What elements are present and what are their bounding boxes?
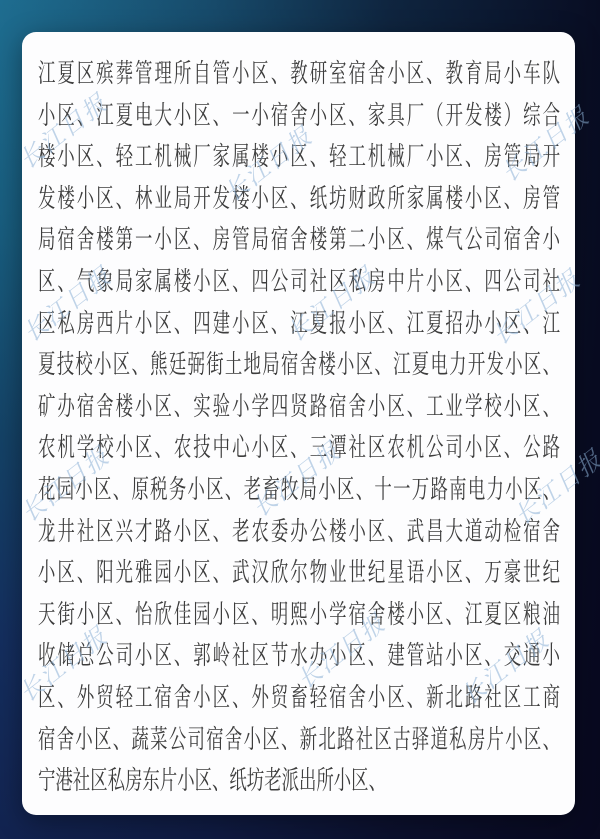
text-line: 发楼小区、林业局开发楼小区、纸坊财政所家属楼小区、房管: [38, 178, 560, 220]
text-line: 龙井社区兴才路小区、老农委办公楼小区、武昌大道动检宿舍: [38, 511, 560, 553]
content-card: 江夏区殡葬管理所自管小区、教研室宿舍小区、教育局小车队 小区、江夏电大小区、一小…: [22, 32, 575, 815]
text-line: 局宿舍楼第一小区、房管局宿舍楼第二小区、煤气公司宿舍小: [38, 219, 560, 261]
article-text-block: 江夏区殡葬管理所自管小区、教研室宿舍小区、教育局小车队 小区、江夏电大小区、一小…: [38, 53, 560, 802]
text-line: 天街小区、怡欣佳园小区、明熙小学宿舍楼小区、江夏区粮油: [38, 594, 560, 636]
text-line: 宁港社区私房东片小区、纸坊老派出所小区、: [38, 760, 560, 802]
text-line: 收储总公司小区、郭岭社区节水办小区、建管站小区、交通小: [38, 635, 560, 677]
text-line: 小区、阳光雅园小区、武汉欣尔物业世纪星语小区、万豪世纪: [38, 552, 560, 594]
text-line: 农机学校小区、农技中心小区、三潭社区农机公司小区、公路: [38, 427, 560, 469]
text-line: 花园小区、原税务小区、老畜牧局小区、十一万路南电力小区、: [38, 469, 560, 511]
text-line: 宿舍小区、蔬菜公司宿舍小区、新北路社区古驿道私房片小区、: [38, 719, 560, 761]
text-line: 楼小区、轻工机械厂家属楼小区、轻工机械厂小区、房管局开: [38, 136, 560, 178]
text-line: 区、气象局家属楼小区、四公司社区私房中片小区、四公司社: [38, 261, 560, 303]
text-line: 江夏区殡葬管理所自管小区、教研室宿舍小区、教育局小车队: [38, 53, 560, 95]
text-line: 区、外贸轻工宿舍小区、外贸畜轻宿舍小区、新北路社区工商: [38, 677, 560, 719]
app-background: 江夏区殡葬管理所自管小区、教研室宿舍小区、教育局小车队 小区、江夏电大小区、一小…: [0, 0, 600, 839]
text-line: 区私房西片小区、四建小区、江夏报小区、江夏招办小区、江: [38, 303, 560, 345]
text-line: 小区、江夏电大小区、一小宿舍小区、家具厂（开发楼）综合: [38, 95, 560, 137]
text-line: 矿办宿舍楼小区、实验小学四贤路宿舍小区、工业学校小区、: [38, 386, 560, 428]
text-line: 夏技校小区、熊廷弼街土地局宿舍楼小区、江夏电力开发小区、: [38, 344, 560, 386]
